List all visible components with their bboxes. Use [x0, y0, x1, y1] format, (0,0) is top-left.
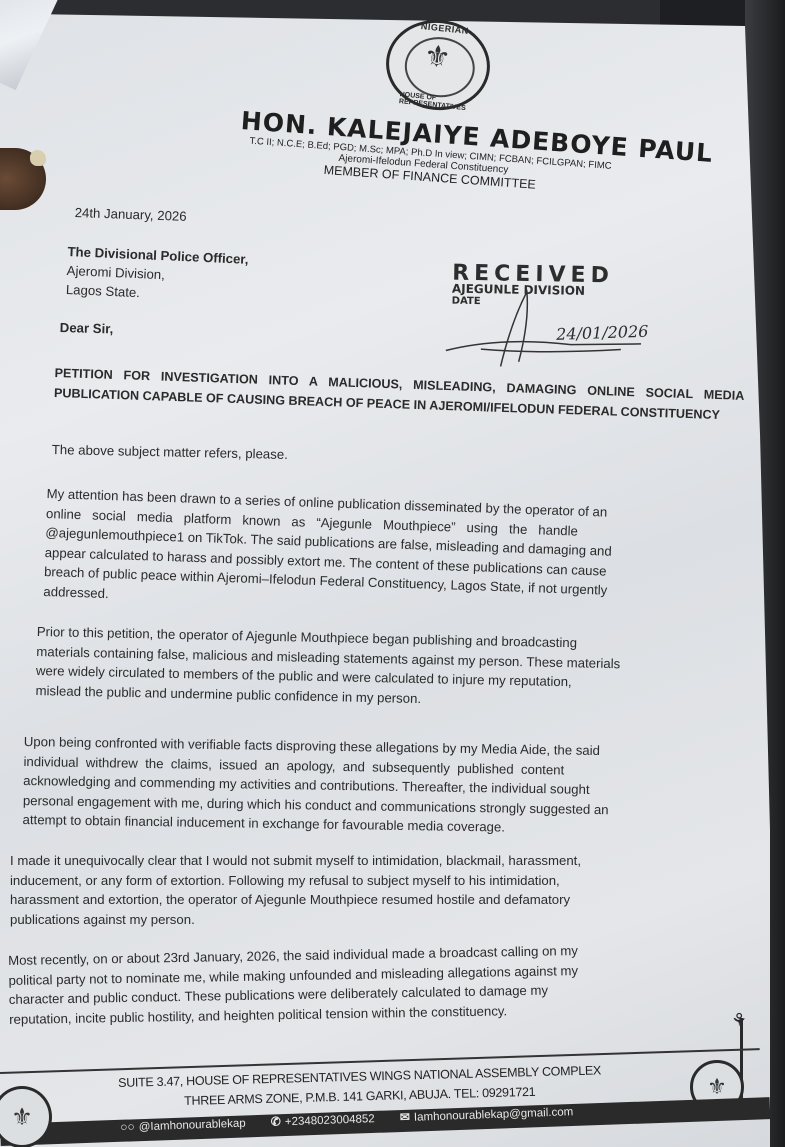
email-icon: ✉: [400, 1110, 411, 1124]
recipient-address: The Divisional Police Officer, Ajeromi D…: [66, 242, 249, 307]
whatsapp-icon: ✆: [271, 1114, 282, 1128]
paragraph-line: publications against my person.: [10, 910, 581, 930]
paragraph-line: I made it unequivocally clear that I wou…: [10, 851, 581, 871]
paragraph-2: Prior to this petition, the operator of …: [35, 622, 620, 712]
paragraph-3: Upon being confronted with verifiable fa…: [22, 732, 609, 839]
footer-logo-icon: ⚜: [0, 1086, 52, 1147]
paragraph-line: inducement, or any form of extortion. Fo…: [10, 871, 581, 891]
paragraph-line: harassment and extortion, the operator o…: [10, 890, 581, 910]
paragraph-1: My attention has been drawn to a series …: [43, 484, 613, 620]
received-stamp: RECEIVED AJEGUNLE DIVISION DATE 24/01/20…: [452, 261, 614, 310]
paragraph-5: Most recently, on or about 23rd January,…: [8, 941, 579, 1029]
footer-address-line-2: THREE ARMS ZONE, P.M.B. 141 GARKI, ABUJA…: [184, 1085, 535, 1108]
letter-footer: ⚘ ⚜ SUITE 3.47, HOUSE OF REPRESENTATIVES…: [0, 1040, 785, 1147]
stamp-date-value: 24/01/2026: [556, 322, 649, 344]
salutation: Dear Sir,: [60, 320, 114, 336]
paragraph-4: I made it unequivocally clear that I wou…: [10, 851, 581, 929]
thumbnail-nail: [30, 150, 46, 166]
coat-of-arms-icon: ⚜: [422, 42, 452, 75]
social-media-icons: ○○: [120, 1119, 135, 1133]
